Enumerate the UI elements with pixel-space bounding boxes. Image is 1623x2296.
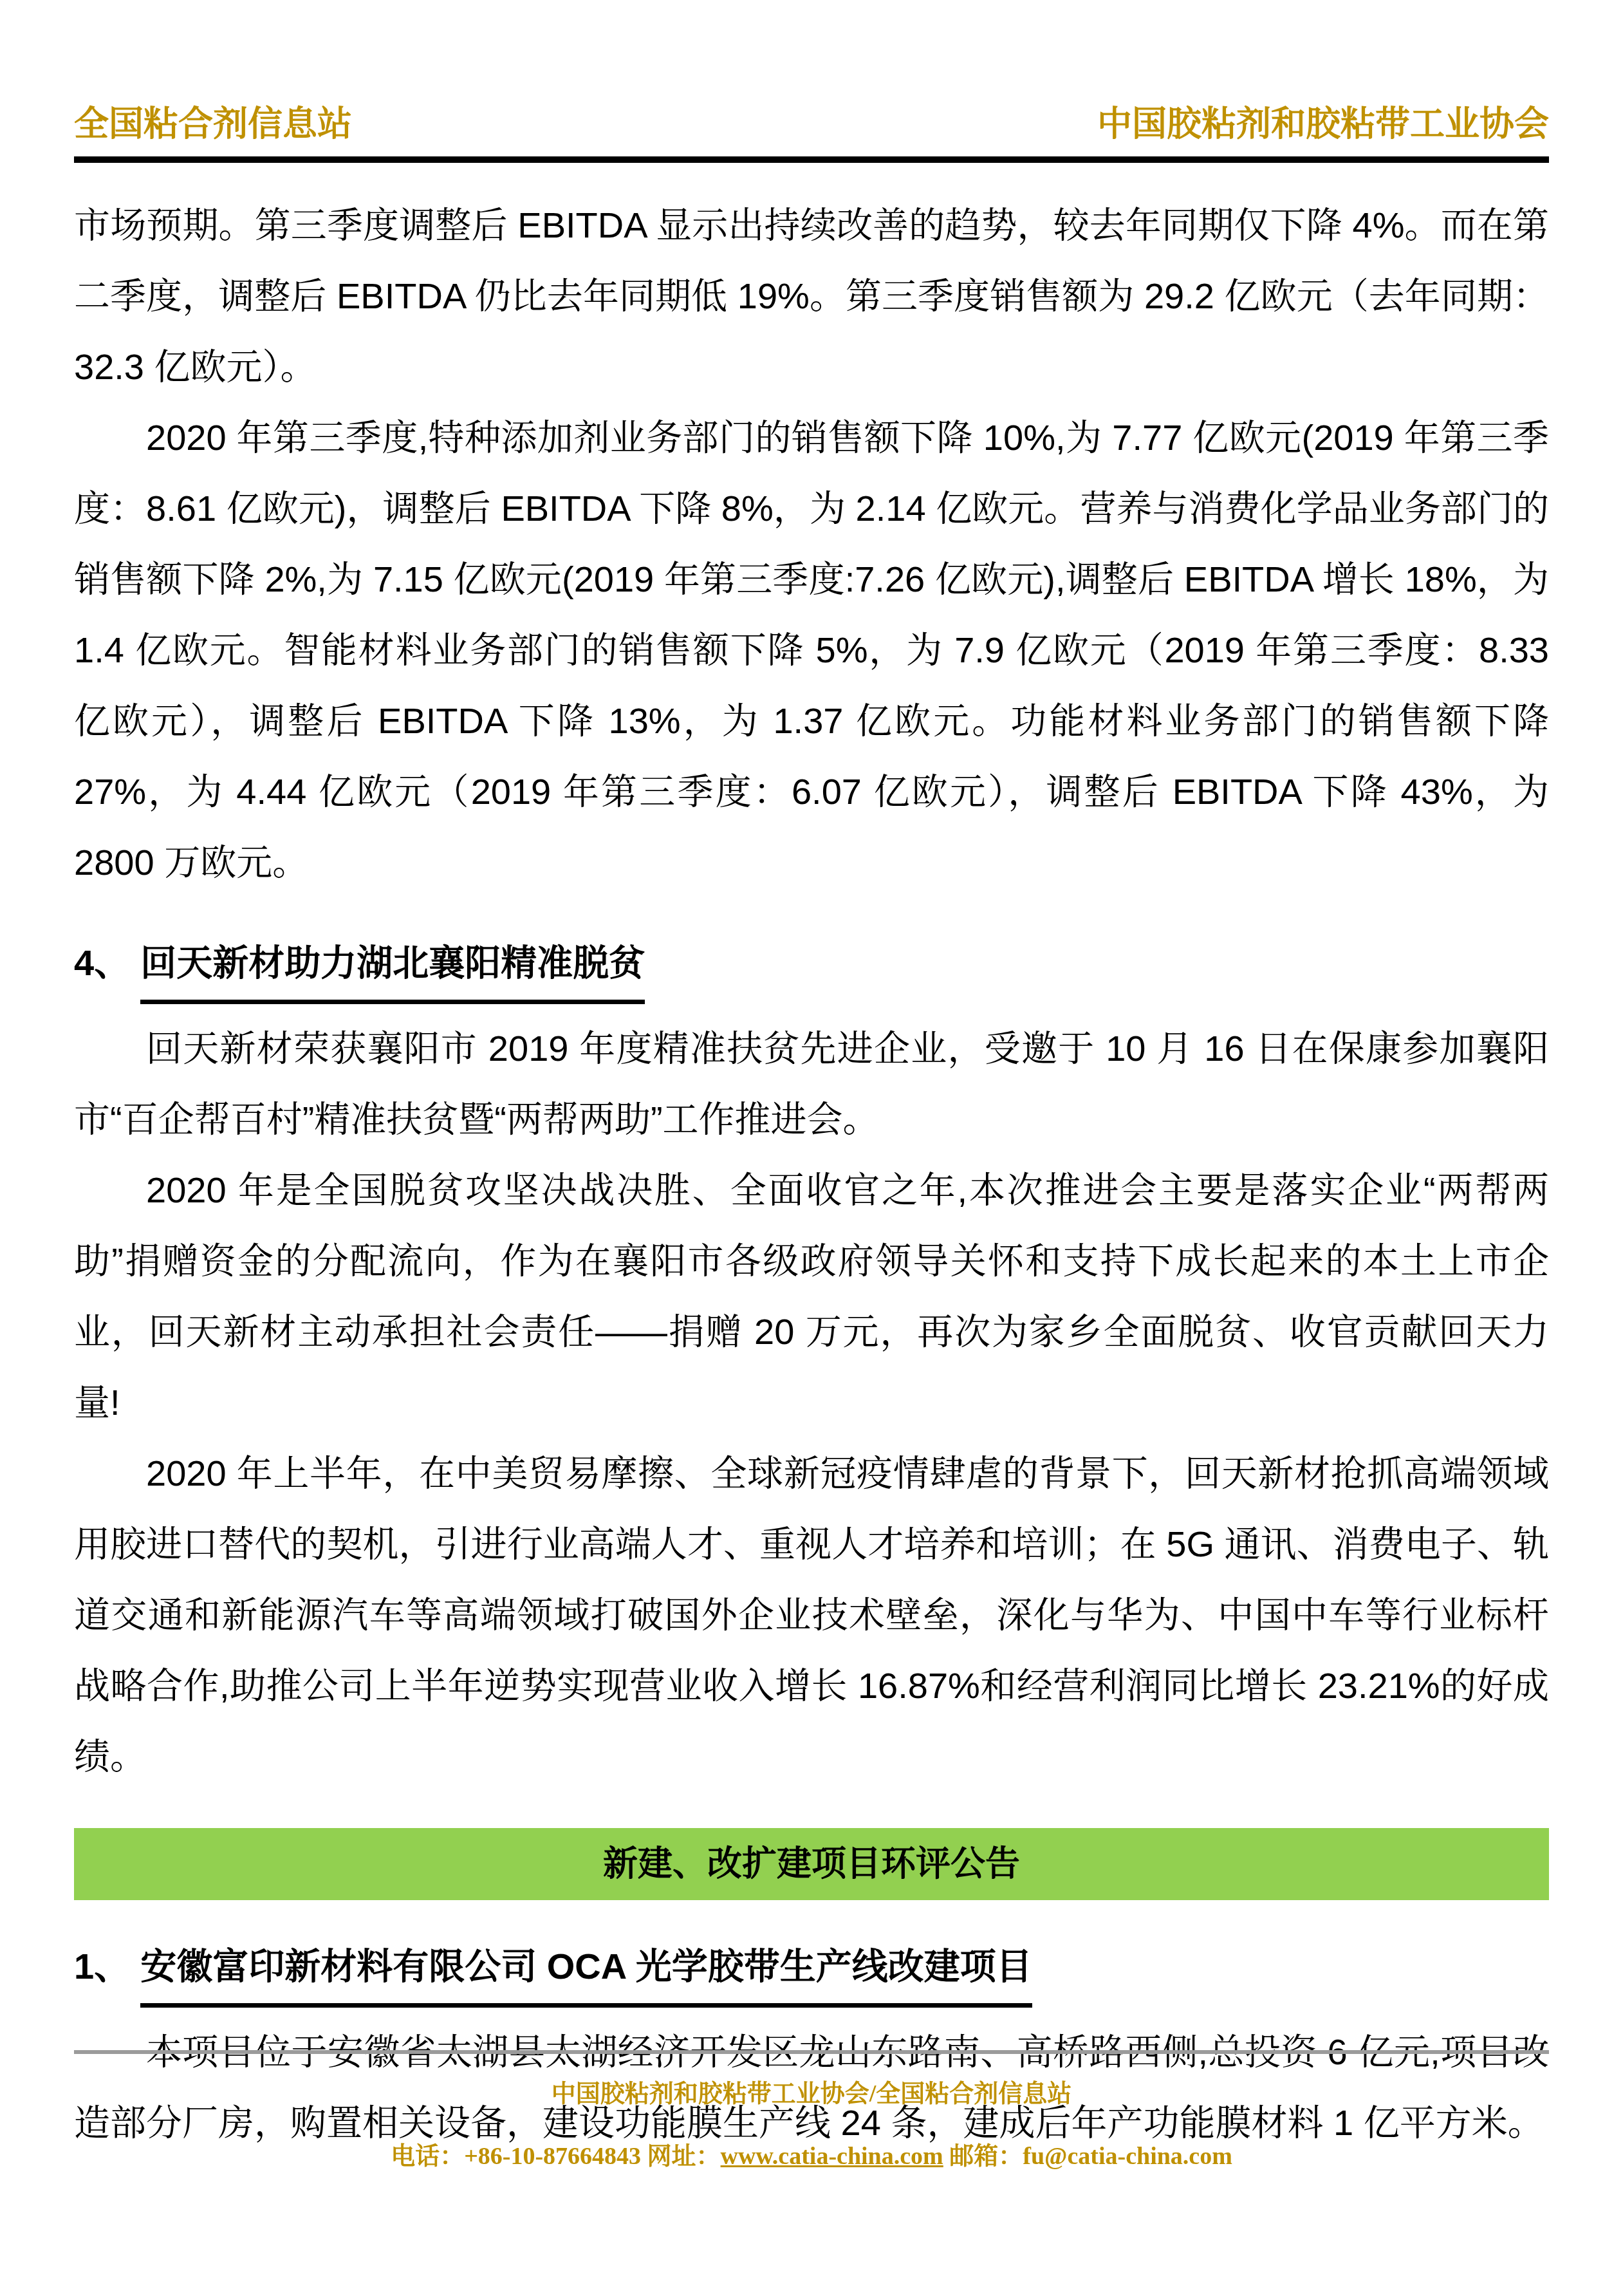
footer-organization: 中国胶粘剂和胶粘带工业协会/全国粘合剂信息站	[74, 2073, 1549, 2109]
paragraph-poverty-relief: 2020 年是全国脱贫攻坚决战决胜、全面收官之年,本次推进会主要是落实企业“两帮…	[74, 1155, 1549, 1438]
header-association-name: 中国胶粘剂和胶粘带工业协会	[1097, 97, 1549, 146]
footer-phone: 电话：+86-10-87664843 网址：	[391, 2143, 720, 2170]
footer-contact: 电话：+86-10-87664843 网址：www.catia-china.co…	[74, 2136, 1549, 2171]
section-heading-1: 1、安徽富印新材料有限公司 OCA 光学胶带生产线改建项目	[74, 1931, 1549, 2008]
eia-announcement-banner: 新建、改扩建项目环评公告	[74, 1828, 1549, 1900]
section-1-number: 1、	[74, 1946, 130, 1986]
header-site-name: 全国粘合剂信息站	[74, 97, 352, 146]
page-footer: 中国胶粘剂和胶粘带工业协会/全国粘合剂信息站 电话：+86-10-8766484…	[74, 2050, 1549, 2171]
section-1-title: 安徽富印新材料有限公司 OCA 光学胶带生产线改建项目	[140, 1931, 1032, 2008]
paragraph-huitian-award: 回天新材荣获襄阳市 2019 年度精准扶贫先进企业，受邀于 10 月 16 日在…	[74, 1013, 1549, 1155]
paragraph-first-half-2020: 2020 年上半年，在中美贸易摩擦、全球新冠疫情肆虐的背景下，回天新材抢抓高端领…	[74, 1438, 1549, 1792]
section-4-number: 4、	[74, 942, 130, 983]
section-4-title: 回天新材助力湖北襄阳精准脱贫	[140, 928, 645, 1004]
document-page: 全国粘合剂信息站 中国胶粘剂和胶粘带工业协会 市场预期。第三季度调整后 EBIT…	[0, 0, 1623, 2296]
page-header: 全国粘合剂信息站 中国胶粘剂和胶粘带工业协会	[74, 97, 1549, 163]
footer-website-link[interactable]: www.catia-china.com	[721, 2143, 943, 2170]
paragraph-market-expectation: 市场预期。第三季度调整后 EBITDA 显示出持续改善的趋势，较去年同期仅下降 …	[74, 190, 1549, 402]
footer-divider	[74, 2050, 1549, 2054]
document-body: 市场预期。第三季度调整后 EBITDA 显示出持续改善的趋势，较去年同期仅下降 …	[74, 190, 1549, 2158]
paragraph-q3-segments: 2020 年第三季度,特种添加剂业务部门的销售额下降 10%,为 7.77 亿欧…	[74, 402, 1549, 898]
section-heading-4: 4、回天新材助力湖北襄阳精准脱贫	[74, 928, 1549, 1004]
footer-email: 邮箱：fu@catia-china.com	[943, 2143, 1232, 2170]
